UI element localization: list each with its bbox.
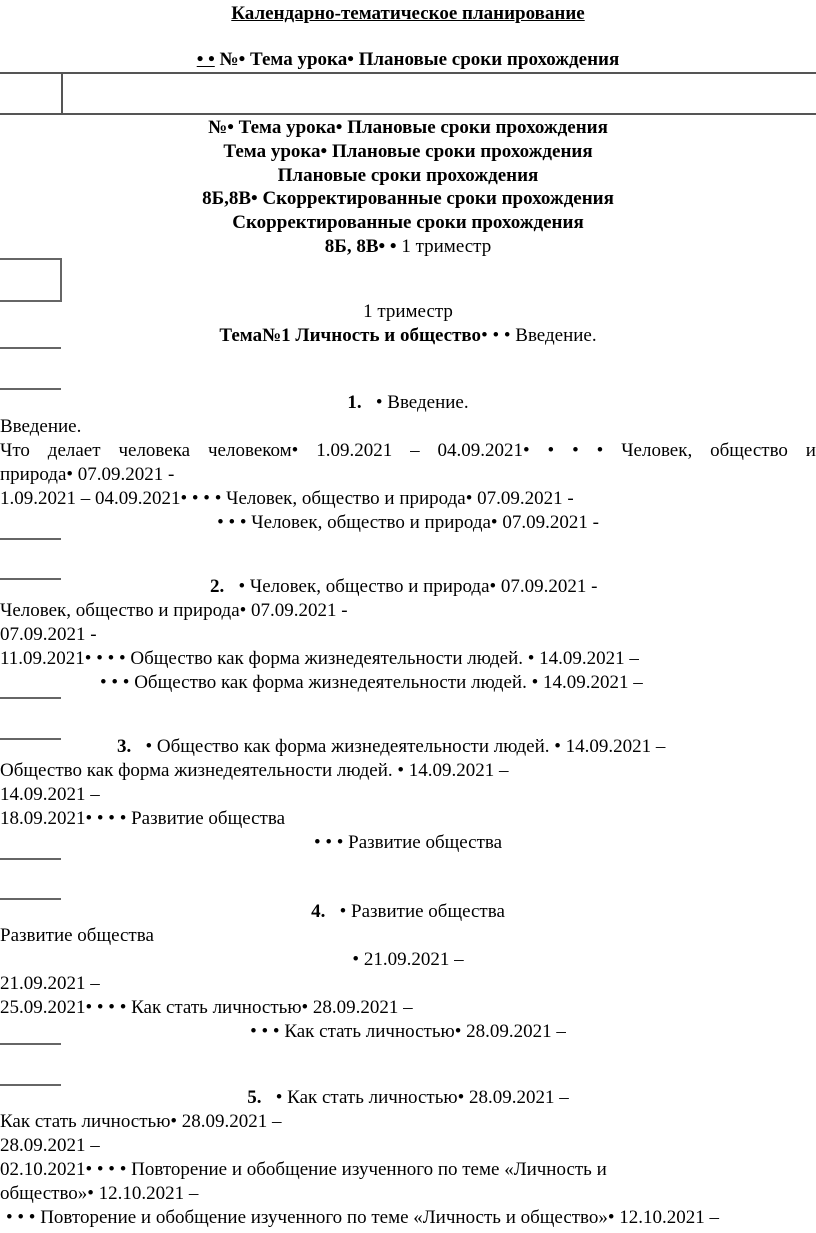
row-divider xyxy=(0,697,61,699)
lesson-number: 3. xyxy=(117,736,131,757)
table-column-divider xyxy=(61,72,63,113)
lesson-line: природа• 07.09.2021 - xyxy=(0,463,174,487)
next-lesson-preview: • • • Повторение и обобщение изученного … xyxy=(6,1206,719,1230)
lesson-number: 1. xyxy=(347,392,361,413)
header-bullets: • • xyxy=(197,49,215,70)
lesson-line: 1.09.2021 – 04.09.2021• • • • Человек, о… xyxy=(0,487,574,511)
lesson-heading: 1. • Введение. xyxy=(0,391,816,415)
lesson-number: 5. xyxy=(247,1087,261,1108)
lesson-line: 21.09.2021 – xyxy=(0,972,100,996)
lesson-heading: 5. • Как стать личностью• 28.09.2021 – xyxy=(0,1086,816,1110)
word: и xyxy=(806,439,816,463)
word: общество xyxy=(710,439,788,463)
lesson-line: 28.09.2021 – xyxy=(0,1134,100,1158)
lesson-number: 4. xyxy=(311,901,325,922)
word: Что xyxy=(0,439,30,463)
lesson-heading: 2. • Человек, общество и природа• 07.09.… xyxy=(210,575,598,599)
word: человеком• xyxy=(208,439,298,463)
lesson-number: 2. xyxy=(210,576,224,597)
lesson-heading-text: • Как стать личностью• 28.09.2021 – xyxy=(276,1087,569,1108)
lesson-line: 25.09.2021• • • • Как стать личностью• 2… xyxy=(0,996,413,1020)
lesson-heading-text: • Развитие общества xyxy=(340,901,505,922)
header-block-line-4: 8Б,8В• Скорректированные сроки прохожден… xyxy=(0,187,816,211)
lesson-centered-date: • 21.09.2021 – xyxy=(0,948,816,972)
lesson-line: Общество как форма жизнедеятельности люд… xyxy=(0,759,509,783)
lesson-heading: 3. • Общество как форма жизнедеятельност… xyxy=(117,735,665,759)
lesson-line: общество»• 12.10.2021 – xyxy=(0,1182,198,1206)
lesson-line: 11.09.2021• • • • Общество как форма жиз… xyxy=(0,647,639,671)
classes-trimester: 1 триместр xyxy=(401,236,491,257)
classes-line: 8Б, 8В• • 1 триместр xyxy=(0,235,816,259)
lesson-line: Развитие общества xyxy=(0,924,154,948)
row-divider xyxy=(0,738,61,740)
next-lesson-preview: • • • Человек, общество и природа• 07.09… xyxy=(0,511,816,535)
header-block-line-3: Плановые сроки прохождения xyxy=(0,164,816,188)
lesson-heading: 4. • Развитие общества xyxy=(0,900,816,924)
word: человека xyxy=(118,439,190,463)
lesson-heading-text: • Общество как форма жизнедеятельности л… xyxy=(146,736,666,757)
row-divider xyxy=(0,388,61,390)
table-header-row: • • №• Тема урока• Плановые сроки прохож… xyxy=(0,48,816,72)
next-lesson-preview: • • • Общество как форма жизнедеятельнос… xyxy=(100,671,643,695)
row-divider xyxy=(0,1043,61,1045)
empty-cell-box xyxy=(0,258,62,302)
lesson-line: Введение. xyxy=(0,415,81,439)
word: Человек, xyxy=(621,439,692,463)
trimester-label: 1 триместр xyxy=(0,300,816,324)
table-bottom-border xyxy=(0,113,816,115)
topic-intro: • • • Введение. xyxy=(481,325,597,346)
lesson-line: 07.09.2021 - xyxy=(0,623,97,647)
word: делает xyxy=(48,439,101,463)
table-top-border xyxy=(0,72,816,74)
word: 1.09.2021 xyxy=(316,439,392,463)
lesson-line: 18.09.2021• • • • Развитие общества xyxy=(0,807,285,831)
word: – xyxy=(410,439,420,463)
row-divider xyxy=(0,578,61,580)
word: • xyxy=(572,439,579,463)
lesson-line: 14.09.2021 – xyxy=(0,783,100,807)
row-divider xyxy=(0,858,61,860)
header-text: №• Тема урока• Плановые сроки прохождени… xyxy=(215,49,620,70)
lesson-line: Как стать личностью• 28.09.2021 – xyxy=(0,1110,282,1134)
row-divider xyxy=(0,347,61,349)
lesson-line-justified: Чтоделаетчеловекачеловеком•1.09.2021–04.… xyxy=(0,439,816,463)
word: • xyxy=(597,439,604,463)
classes-label: 8Б, 8В• • xyxy=(325,236,402,257)
row-divider xyxy=(0,538,61,540)
topic-line: Тема№1 Личность и общество• • • Введение… xyxy=(0,324,816,348)
lesson-heading-text: • Введение. xyxy=(376,392,469,413)
next-lesson-preview: • • • Развитие общества xyxy=(0,831,816,855)
lesson-line: 02.10.2021• • • • Повторение и обобщение… xyxy=(0,1158,607,1182)
header-block-line-1: №• Тема урока• Плановые сроки прохождени… xyxy=(0,116,816,140)
word: 04.09.2021• xyxy=(438,439,530,463)
next-lesson-preview: • • • Как стать личностью• 28.09.2021 – xyxy=(0,1020,816,1044)
topic-title: Тема№1 Личность и общество xyxy=(219,325,481,346)
header-block-line-5: Скорректированные сроки прохождения xyxy=(0,211,816,235)
lesson-heading-text: • Человек, общество и природа• 07.09.202… xyxy=(239,576,598,597)
lesson-line: Человек, общество и природа• 07.09.2021 … xyxy=(0,599,348,623)
word: • xyxy=(548,439,555,463)
header-block-line-2: Тема урока• Плановые сроки прохождения xyxy=(0,140,816,164)
document-title: Календарно-тематическое планирование xyxy=(0,2,816,26)
